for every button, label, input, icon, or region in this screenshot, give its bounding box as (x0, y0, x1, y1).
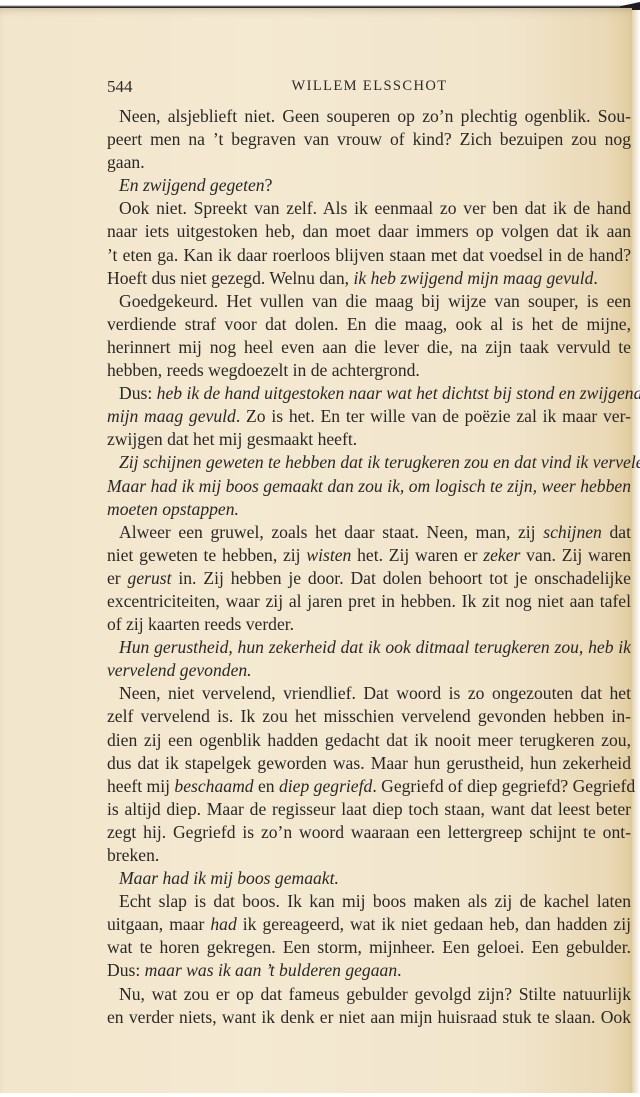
text-line: niet geweten te hebben, zij wisten het. … (107, 544, 631, 567)
text-line: gaan. (107, 151, 631, 174)
text-line: Hun gerustheid, hun zekerheid dat ik ook… (107, 636, 631, 659)
text-line: Neen, alsjeblieft niet. Geen souperen op… (107, 105, 631, 128)
text-line: Dus: maar was ik aan ’t bulderen gegaan. (107, 959, 631, 982)
text-line: Dus: heb ik de hand uitgestoken naar wat… (107, 382, 631, 405)
text-segment: herinnert mij nog heel even aan die leve… (107, 337, 631, 357)
text-segment: ’t eten ga. Kan ik daar roerloos blijven… (107, 245, 631, 265)
text-segment: . (593, 268, 597, 288)
page-right-edge (632, 10, 640, 1093)
text-line: Zij schijnen geweten te hebben dat ik te… (107, 451, 631, 474)
text-line: zwijgen dat het mij gesmaakt heeft. (107, 428, 631, 451)
text-line: Neen, niet vervelend, vriendlief. Dat wo… (107, 682, 631, 705)
text-segment: zwijgen dat het mij gesmaakt heeft. (107, 429, 357, 449)
text-line: Ook niet. Spreekt van zelf. Als ik eenma… (107, 197, 631, 220)
text-segment: is altijd diep. Maar de regisseur laat d… (107, 799, 631, 819)
text-line: herinnert mij nog heel even aan die leve… (107, 336, 631, 359)
text-line: is altijd diep. Maar de regisseur laat d… (107, 798, 631, 821)
italic-text: Hun gerustheid, hun zekerheid dat ik ook… (119, 637, 631, 657)
italic-text: gerust (128, 568, 172, 588)
text-segment: Dus: (119, 383, 157, 403)
text-line: verdiende straf voor dat dolen. En die m… (107, 313, 631, 336)
text-segment: het. Zij waren er (351, 545, 483, 565)
body-text: Neen, alsjeblieft niet. Geen souperen op… (107, 105, 631, 1029)
text-line: ’t eten ga. Kan ik daar roerloos blijven… (107, 244, 631, 267)
text-segment: Alweer een gruwel, zoals het daar staat.… (119, 522, 543, 542)
text-segment: gaan. (107, 152, 145, 172)
italic-text: schijnen (543, 522, 602, 542)
text-line: vervelend gevonden. (107, 659, 631, 682)
italic-text: moeten opstappen. (107, 499, 239, 519)
text-segment: Nu, wat zou er op dat fameus gebulder ge… (119, 984, 631, 1004)
text-segment: zelf vervelend is. Ik zou het misschien … (107, 706, 631, 726)
italic-text: En zwijgend gegeten (119, 175, 265, 195)
italic-text: Maar had ik mij boos gemaakt. (119, 868, 339, 888)
text-line: zelf vervelend is. Ik zou het misschien … (107, 705, 631, 728)
text-line: wat te horen gekregen. Een storm, mijnhe… (107, 936, 631, 959)
text-segment: dat (602, 522, 631, 542)
text-line: Goedgekeurd. Het vullen van die maag bij… (107, 290, 631, 313)
italic-text: beschaamd (174, 776, 253, 796)
text-segment: Ook niet. Spreekt van zelf. Als ik eenma… (119, 198, 631, 218)
text-segment: Neen, alsjeblieft niet. Geen souperen op… (119, 106, 631, 126)
page-header: 544 WILLEM ELSSCHOT (107, 77, 632, 99)
text-line: er gerust in. Zij hebben je door. Dat do… (107, 567, 631, 590)
text-segment: wat te horen gekregen. Een storm, mijnhe… (107, 937, 631, 957)
text-line: moeten opstappen. (107, 498, 631, 521)
italic-text: wisten (306, 545, 351, 565)
text-segment: peert men na ’t begraven van vrouw of ki… (107, 129, 631, 149)
text-segment: ik gereageerd, wat ik niet gedaan heb, d… (237, 914, 631, 934)
text-segment: dus dat ik stapelgek geworden was. Maar … (107, 753, 631, 773)
text-line: zegt hij. Gegriefd is zo’n woord waaraan… (107, 821, 631, 844)
text-segment: . (397, 960, 401, 980)
italic-text: diep gegriefd (279, 776, 372, 796)
text-line: uitgaan, maar had ik gereageerd, wat ik … (107, 913, 631, 936)
text-segment: dien zij een ogenblik hadden gedacht dat… (107, 730, 631, 750)
text-segment: . Zo is het. En ter wille van de poëzie … (236, 406, 631, 426)
text-line: mijn maag gevuld. Zo is het. En ter will… (107, 405, 631, 428)
italic-text: vervelend gevonden. (107, 660, 252, 680)
text-segment: en (254, 776, 279, 796)
text-line: en verder niets, want ik denk er niet aa… (107, 1006, 631, 1029)
text-segment: Neen, niet vervelend, vriendlief. Dat wo… (119, 683, 631, 703)
text-segment: er (107, 568, 128, 588)
text-line: dien zij een ogenblik hadden gedacht dat… (107, 729, 631, 752)
text-segment: ? (265, 175, 273, 195)
text-segment: en verder niets, want ik denk er niet aa… (107, 1007, 631, 1027)
text-segment: excentriciteiten, waar zij al jaren pret… (107, 591, 631, 611)
text-line: excentriciteiten, waar zij al jaren pret… (107, 590, 631, 613)
text-line: breken. (107, 844, 631, 867)
italic-text: ik heb zwijgend mijn maag gevuld (353, 268, 593, 288)
text-line: of zij kaarten reeds verder. (107, 613, 631, 636)
italic-text: heb ik de hand uitgestoken naar wat het … (157, 383, 640, 403)
italic-text: had (210, 914, 236, 934)
text-segment: naar iets uitgestoken heb, dan moet daar… (107, 221, 631, 241)
text-segment: in. Zij hebben je door. Dat dolen behoor… (172, 568, 631, 588)
text-segment: heeft mij (107, 776, 174, 796)
text-line: peert men na ’t begraven van vrouw of ki… (107, 128, 631, 151)
text-line: Nu, wat zou er op dat fameus gebulder ge… (107, 983, 631, 1006)
text-segment: zegt hij. Gegriefd is zo’n woord waaraan… (107, 822, 631, 842)
text-line: Alweer een gruwel, zoals het daar staat.… (107, 521, 631, 544)
text-segment: niet geweten te hebben, zij (107, 545, 306, 565)
text-segment: van. Zij waren (520, 545, 631, 565)
italic-text: maar was ik aan ’t bulderen gegaan (145, 960, 397, 980)
text-line: dus dat ik stapelgek geworden was. Maar … (107, 752, 631, 775)
text-segment: . Gegriefd of diep gegriefd? Gegriefd (372, 776, 635, 796)
text-line: Maar had ik mij boos gemaakt dan zou ik,… (107, 475, 631, 498)
text-segment: Goedgekeurd. Het vullen van die maag bij… (119, 291, 631, 311)
text-line: Echt slap is dat boos. Ik kan mij boos m… (107, 890, 631, 913)
text-segment: Hoeft dus niet gezegd. Welnu dan, (107, 268, 353, 288)
text-segment: uitgaan, maar (107, 914, 210, 934)
italic-text: Zij schijnen geweten te hebben dat ik te… (119, 452, 640, 472)
text-line: En zwijgend gegeten? (107, 174, 631, 197)
text-line: heeft mij beschaamd en diep gegriefd. Ge… (107, 775, 631, 798)
text-line: Maar had ik mij boos gemaakt. (107, 867, 631, 890)
text-segment: breken. (107, 845, 159, 865)
text-line: hebben, reeds wegdoezelt in de achtergro… (107, 359, 631, 382)
text-line: Hoeft dus niet gezegd. Welnu dan, ik heb… (107, 267, 631, 290)
text-line: naar iets uitgestoken heb, dan moet daar… (107, 220, 631, 243)
italic-text: zeker (483, 545, 520, 565)
text-segment: hebben, reeds wegdoezelt in de achtergro… (107, 360, 420, 380)
text-segment: of zij kaarten reeds verder. (107, 614, 294, 634)
italic-text: mijn maag gevuld (107, 406, 236, 426)
text-segment: Dus: (107, 960, 145, 980)
running-head-author: WILLEM ELSSCHOT (107, 78, 632, 95)
text-segment: verdiende straf voor dat dolen. En die m… (107, 314, 631, 334)
italic-text: Maar had ik mij boos gemaakt dan zou ik,… (107, 476, 631, 496)
text-segment: Echt slap is dat boos. Ik kan mij boos m… (119, 891, 631, 911)
